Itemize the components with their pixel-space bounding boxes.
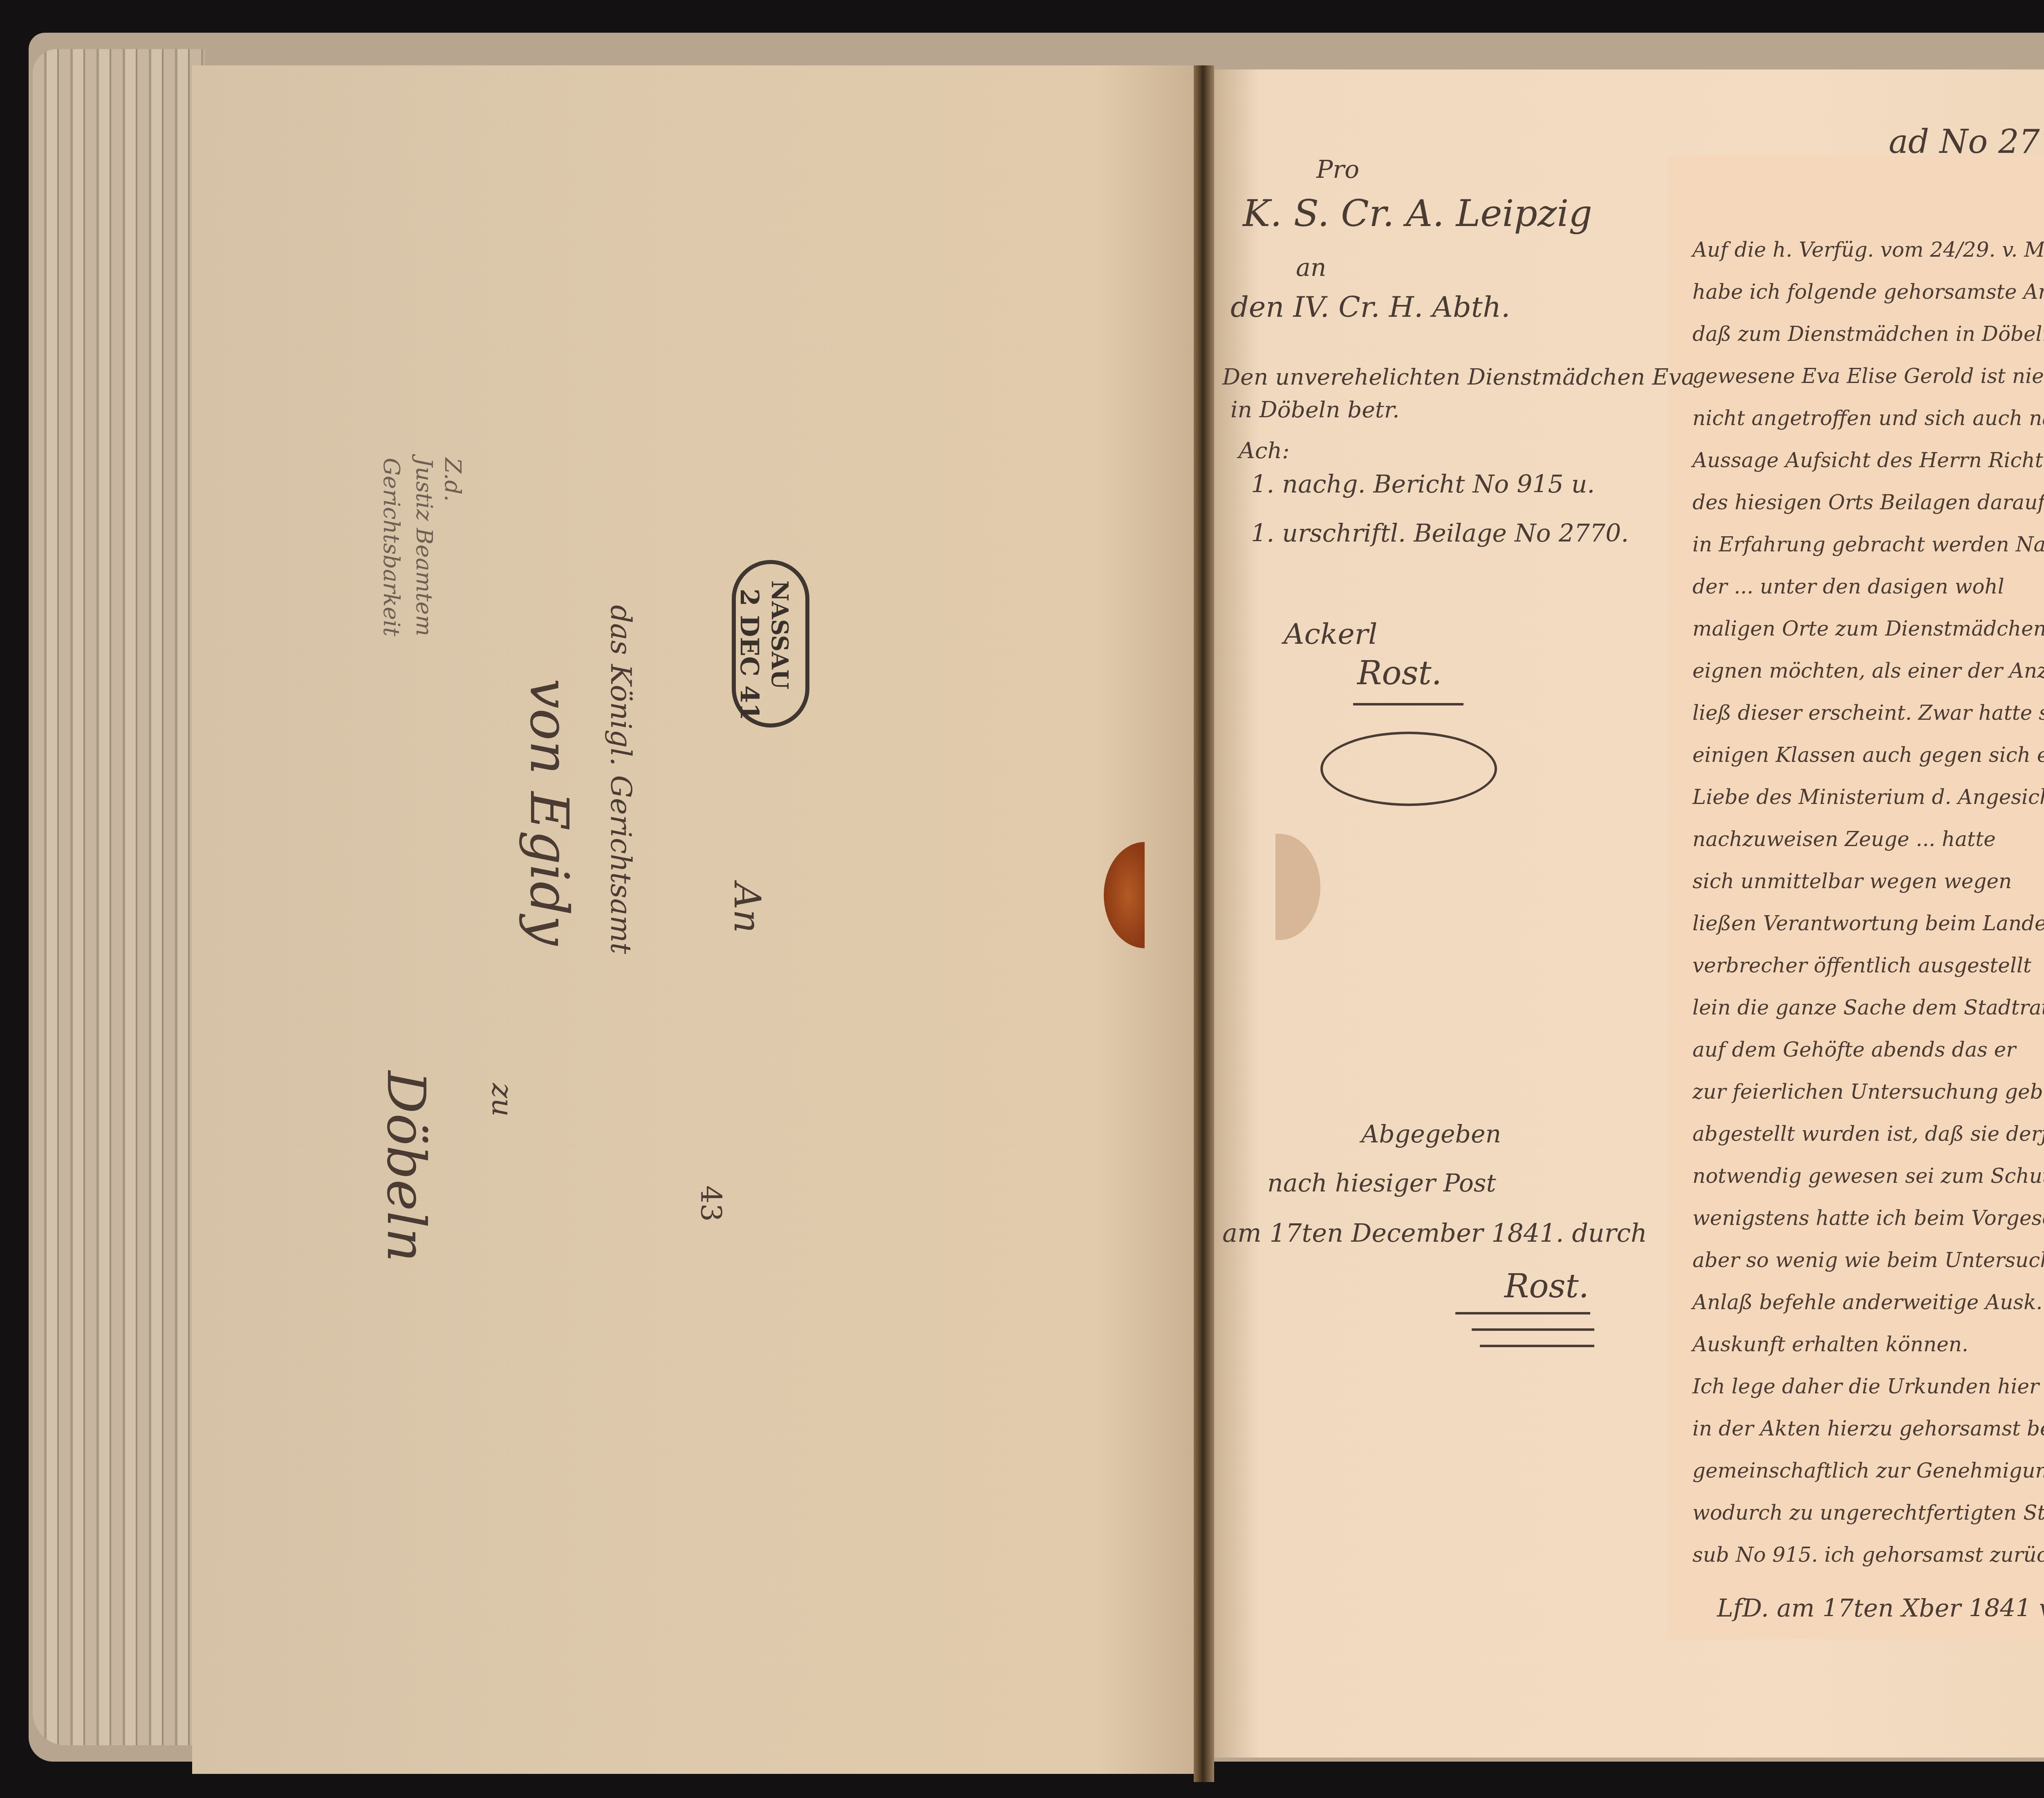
text-line: einigen Klassen auch gegen sich eine	[1692, 734, 2044, 776]
header-department: den IV. Cr. H. Abth.	[1230, 290, 1510, 324]
text-line: der ... unter den dasigen wohl	[1692, 566, 2044, 608]
text-line: in der Akten hierzu gehorsamst bei	[1692, 1408, 2044, 1450]
text-line: abgestellt wurden ist, daß sie derjenige	[1692, 1113, 2044, 1155]
signature-1-underline	[1353, 703, 1464, 705]
subject-line-2: in Döbeln betr.	[1230, 396, 1400, 423]
header-pro: Pro	[1316, 155, 1359, 184]
text-line: Auf die h. Verfüg. vom 24/29. v. Mts. (I…	[1692, 229, 2044, 271]
closing-line: LfD. am 17ten Xber 1841 v.E.	[1717, 1594, 2044, 1623]
text-line: maligen Orte zum Dienstmädchen sich	[1692, 608, 2044, 650]
text-line: notwendig gewesen sei zum Schutz,	[1692, 1155, 2044, 1197]
delivery-signature-flourish-3	[1480, 1345, 1594, 1347]
text-line: wodurch zu ungerechtfertigten Stelle des…	[1692, 1492, 2044, 1534]
postmark-line2: 2 DEC 41	[735, 589, 764, 721]
text-line: Aussage Aufsicht des Herrn Richter	[1692, 439, 2044, 481]
enclosure-2: 1. urschriftl. Beilage No 2770.	[1251, 519, 1629, 548]
delivery-line-1: Abgegeben	[1361, 1120, 1501, 1149]
delivery-signature-flourish-2	[1472, 1328, 1594, 1331]
delivery-signature: Rost.	[1504, 1267, 1589, 1305]
address-line-office: das Königl. Gerichtsamt	[604, 605, 638, 954]
text-line: des hiesigen Orts Beilagen darauf	[1692, 481, 2044, 524]
signature-1-flourish	[1320, 732, 1497, 806]
enclosure-1: 1. nachg. Bericht No 915 u.	[1251, 470, 1595, 499]
book-gutter	[1194, 65, 1214, 1782]
text-line: Anlaß befehle anderweitige Ausk.	[1692, 1281, 2044, 1323]
number-mark: 43	[694, 1185, 728, 1222]
side-note-2: Justiz Beamtem	[411, 458, 437, 636]
address-line-name: von Egidy	[518, 678, 580, 945]
text-line: in Erfahrung gebracht werden Nachricht	[1692, 524, 2044, 566]
text-line: ließ dieser erscheint. Zwar hatte sich e…	[1692, 692, 2044, 734]
postmark-stamp: NASSAU 2 DEC 41	[732, 560, 809, 728]
address-an: An	[726, 883, 769, 933]
text-line: Ich lege daher die Urkunden hier	[1692, 1366, 2044, 1408]
side-note-3: Gerichtsbarkeit	[379, 458, 405, 636]
text-line: Liebe des Ministerium d. Angesicht	[1692, 776, 2044, 818]
header-addressee: K. S. Cr. A. Leipzig	[1243, 192, 1592, 235]
text-line: habe ich folgende gehorsamste Anzeige	[1692, 271, 2044, 313]
subject-line-1: Den unverehelichten Dienstmädchen Eva	[1222, 364, 1695, 390]
text-line: gewesene Eva Elise Gerold ist nie	[1692, 355, 2044, 397]
enclosures-label: Ach:	[1239, 437, 1289, 463]
inserted-sheet-text: Auf die h. Verfüg. vom 24/29. v. Mts. (I…	[1692, 229, 2044, 1576]
text-line: sub No 915. ich gehorsamst zurück.	[1692, 1534, 2044, 1576]
postmark-line1: NASSAU	[766, 580, 793, 690]
text-line: lein die ganze Sache dem Stadtrat	[1692, 987, 2044, 1029]
text-line: auf dem Gehöfte abends das er	[1692, 1029, 2044, 1071]
text-line: nachzuweisen Zeuge ... hatte	[1692, 818, 2044, 860]
text-line: aber so wenig wie beim Untersucher	[1692, 1239, 2044, 1281]
text-line: zur feierlichen Untersuchung gebracht	[1692, 1071, 2044, 1113]
text-line: verbrecher öffentlich ausgestellt	[1692, 945, 2044, 987]
text-line: wenigstens hatte ich beim Vorgesetzten	[1692, 1197, 2044, 1239]
delivery-line-3: am 17ten December 1841. durch	[1222, 1218, 1647, 1248]
signature-1-name: Rost.	[1357, 654, 1442, 692]
signature-1-label: Ackerl	[1284, 617, 1377, 651]
text-line: gemeinschaftlich zur Genehmigung	[1692, 1450, 2044, 1492]
text-line: daß zum Dienstmädchen in Döbelnsche	[1692, 313, 2044, 355]
text-line: eignen möchten, als einer der Anzeige	[1692, 650, 2044, 692]
header-an: an	[1296, 253, 1326, 282]
left-page-edges	[33, 49, 204, 1745]
address-city: Döbeln	[375, 1071, 437, 1262]
reference-number: ad No 2770.	[1889, 123, 2044, 161]
address-zu: zu	[486, 1083, 519, 1117]
text-line: Auskunft erhalten können.	[1692, 1323, 2044, 1366]
delivery-signature-flourish-1	[1455, 1312, 1590, 1314]
side-note-1: Z.d.	[440, 458, 466, 502]
text-line: nicht angetroffen und sich auch nach der	[1692, 397, 2044, 439]
text-line: sich unmittelbar wegen wegen	[1692, 860, 2044, 902]
text-line: ließen Verantwortung beim Landes	[1692, 902, 2044, 945]
delivery-line-2: nach hiesiger Post	[1267, 1169, 1496, 1198]
left-page	[192, 65, 1198, 1774]
